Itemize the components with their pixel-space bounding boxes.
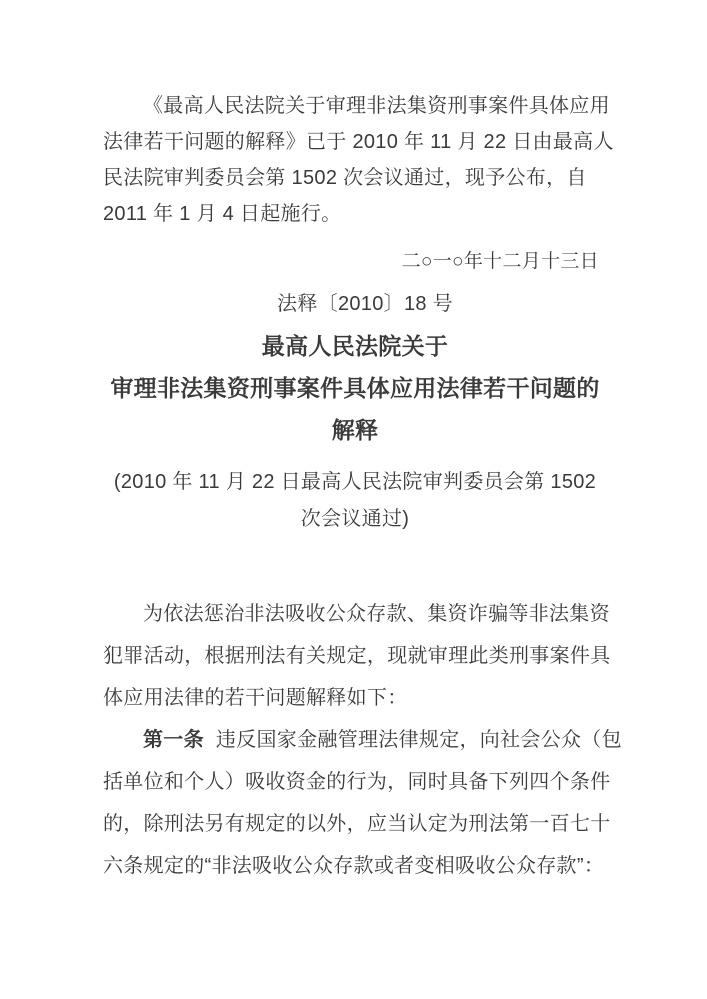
preamble-paragraph: 《最高人民法院关于审理非法集资刑事案件具体应用法律若干问题的解释》已于 2010… [103,88,627,232]
article-1-label: 第一条 [143,729,204,751]
adoption-note: (2010 年 11 月 22 日最高人民法院审判委员会第 1502 次会议通过… [103,464,607,538]
article-1-paragraph: 第一条违反国家金融管理法律规定，向社会公众（包括单位和个人）吸收资金的行为，同时… [103,719,627,887]
intro-paragraph: 为依法惩治非法吸收公众存款、集资诈骗等非法集资犯罪活动，根据刑法有关规定，现就审… [103,593,627,719]
title-subject-line: 审理非法集资刑事案件具体应用法律若干问题的解释 [103,367,607,451]
promulgation-date: 二○一○年十二月十三日 [103,241,627,283]
document-number: 法释〔2010〕18 号 [103,283,627,325]
document-page: 《最高人民法院关于审理非法集资刑事案件具体应用法律若干问题的解释》已于 2010… [0,0,707,999]
document-content: 《最高人民法院关于审理非法集资刑事案件具体应用法律若干问题的解释》已于 2010… [103,88,627,887]
title-court-line: 最高人民法院关于 [103,325,607,367]
article-1-text: 违反国家金融管理法律规定，向社会公众（包括单位和个人）吸收资金的行为，同时具备下… [103,729,622,877]
